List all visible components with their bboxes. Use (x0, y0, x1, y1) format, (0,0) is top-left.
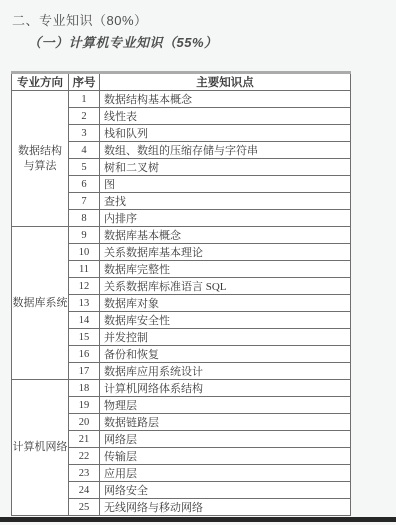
serial-number-cell: 12 (69, 278, 100, 295)
knowledge-point-cell: 数据库对象 (100, 295, 351, 312)
serial-number-cell: 13 (69, 295, 100, 312)
knowledge-points-table: 专业方向 序号 主要知识点 数据结构与算法1数据结构基本概念2线性表3栈和队列4… (11, 71, 351, 516)
serial-number-cell: 21 (69, 431, 100, 448)
serial-number-cell: 23 (69, 465, 100, 482)
serial-number-cell: 17 (69, 363, 100, 380)
serial-number-cell: 18 (69, 380, 100, 397)
knowledge-point-cell: 数据库应用系统设计 (100, 363, 351, 380)
knowledge-point-cell: 关系数据库基本理论 (100, 244, 351, 261)
knowledge-point-cell: 物理层 (100, 397, 351, 414)
serial-number-cell: 10 (69, 244, 100, 261)
serial-number-cell: 9 (69, 227, 100, 244)
table-body: 数据结构与算法1数据结构基本概念2线性表3栈和队列4数组、数组的压缩存储与字符串… (12, 91, 351, 516)
knowledge-point-cell: 传输层 (100, 448, 351, 465)
knowledge-point-cell: 无线网络与移动网络 (100, 499, 351, 516)
serial-number-cell: 19 (69, 397, 100, 414)
knowledge-point-cell: 查找 (100, 193, 351, 210)
knowledge-point-cell: 栈和队列 (100, 125, 351, 142)
knowledge-point-cell: 数据链路层 (100, 414, 351, 431)
category-cell: 数据结构与算法 (12, 91, 69, 227)
header-main-knowledge-points: 主要知识点 (100, 73, 351, 91)
table-row: 数据结构与算法1数据结构基本概念 (12, 91, 351, 108)
serial-number-cell: 7 (69, 193, 100, 210)
serial-number-cell: 2 (69, 108, 100, 125)
subsection-title: （一）计算机专业知识（55%） (28, 32, 218, 51)
header-serial-number: 序号 (69, 73, 100, 91)
knowledge-point-cell: 树和二叉树 (100, 159, 351, 176)
knowledge-point-cell: 网络安全 (100, 482, 351, 499)
table-row: 计算机网络18计算机网络体系结构 (12, 380, 351, 397)
serial-number-cell: 4 (69, 142, 100, 159)
serial-number-cell: 3 (69, 125, 100, 142)
knowledge-point-cell: 数据库安全性 (100, 312, 351, 329)
knowledge-point-cell: 图 (100, 176, 351, 193)
knowledge-point-cell: 数据结构基本概念 (100, 91, 351, 108)
knowledge-point-cell: 计算机网络体系结构 (100, 380, 351, 397)
serial-number-cell: 6 (69, 176, 100, 193)
knowledge-point-cell: 网络层 (100, 431, 351, 448)
knowledge-point-cell: 备份和恢复 (100, 346, 351, 363)
serial-number-cell: 22 (69, 448, 100, 465)
serial-number-cell: 1 (69, 91, 100, 108)
knowledge-point-cell: 关系数据库标准语言 SQL (100, 278, 351, 295)
serial-number-cell: 11 (69, 261, 100, 278)
serial-number-cell: 20 (69, 414, 100, 431)
category-cell: 数据库系统 (12, 227, 69, 380)
knowledge-point-cell: 内排序 (100, 210, 351, 227)
page-bottom-edge (0, 517, 396, 522)
knowledge-point-cell: 应用层 (100, 465, 351, 482)
knowledge-point-cell: 数据库基本概念 (100, 227, 351, 244)
table-row: 数据库系统9数据库基本概念 (12, 227, 351, 244)
table-header-row: 专业方向 序号 主要知识点 (12, 73, 351, 91)
knowledge-point-cell: 数据库完整性 (100, 261, 351, 278)
serial-number-cell: 8 (69, 210, 100, 227)
header-major-direction: 专业方向 (12, 73, 69, 91)
serial-number-cell: 16 (69, 346, 100, 363)
serial-number-cell: 25 (69, 499, 100, 516)
category-cell: 计算机网络 (12, 380, 69, 516)
serial-number-cell: 14 (69, 312, 100, 329)
section-title: 二、专业知识（80%） (12, 10, 148, 29)
serial-number-cell: 5 (69, 159, 100, 176)
serial-number-cell: 15 (69, 329, 100, 346)
knowledge-point-cell: 数组、数组的压缩存储与字符串 (100, 142, 351, 159)
knowledge-point-cell: 并发控制 (100, 329, 351, 346)
knowledge-point-cell: 线性表 (100, 108, 351, 125)
serial-number-cell: 24 (69, 482, 100, 499)
